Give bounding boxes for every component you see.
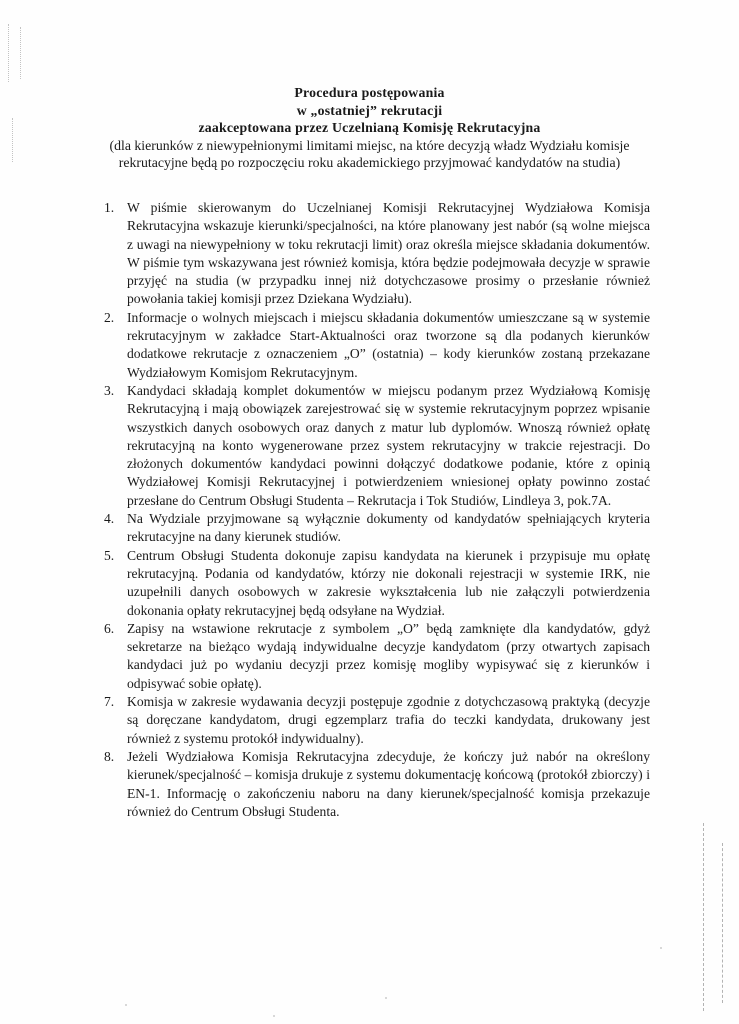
scan-speck	[273, 1015, 275, 1017]
scanned-document-page: Procedura postępowania w „ostatniej” rek…	[0, 0, 739, 1024]
item-number: 4.	[104, 510, 127, 528]
item-text: Centrum Obsługi Studenta dokonuje zapisu…	[127, 547, 650, 620]
scan-artifact	[12, 118, 13, 162]
list-item: 4. Na Wydziale przyjmowane są wyłącznie …	[104, 510, 650, 547]
list-item: 7. Komisja w zakresie wydawania decyzji …	[104, 693, 650, 748]
document-subtitle-line-2: rekrutacyjne będą po rozpoczęciu roku ak…	[50, 154, 689, 172]
item-number: 6.	[104, 620, 127, 638]
item-text: Na Wydziale przyjmowane są wyłącznie dok…	[127, 510, 650, 547]
list-item: 5. Centrum Obsługi Studenta dokonuje zap…	[104, 547, 650, 620]
scan-artifact	[703, 823, 704, 1011]
document-header: Procedura postępowania w „ostatniej” rek…	[50, 84, 689, 172]
item-number: 5.	[104, 547, 127, 565]
item-text: Zapisy na wstawione rekrutacje z symbole…	[127, 620, 650, 693]
scan-artifact	[8, 24, 9, 82]
item-text: Informacje o wolnych miejscach i miejscu…	[127, 309, 650, 382]
document-title-line-2: w „ostatniej” rekrutacji	[50, 102, 689, 120]
scan-speck	[660, 947, 662, 949]
scan-speck	[385, 997, 387, 999]
item-number: 3.	[104, 382, 127, 400]
document-subtitle-line-1: (dla kierunków z niewypełnionymi limitam…	[50, 137, 689, 155]
item-text: Komisja w zakresie wydawania decyzji pos…	[127, 693, 650, 748]
list-item: 2. Informacje o wolnych miejscach i miej…	[104, 309, 650, 382]
scan-artifact	[722, 843, 723, 1003]
document-content: Procedura postępowania w „ostatniej” rek…	[0, 0, 739, 1024]
list-item: 1. W piśmie skierowanym do Uczelnianej K…	[104, 199, 650, 309]
item-text: Jeżeli Wydziałowa Komisja Rekrutacyjna z…	[127, 748, 650, 821]
document-title-line-1: Procedura postępowania	[50, 84, 689, 102]
scan-speck	[125, 1004, 127, 1006]
item-text: Kandydaci składają komplet dokumentów w …	[127, 382, 650, 510]
item-number: 8.	[104, 748, 127, 766]
item-text: W piśmie skierowanym do Uczelnianej Komi…	[127, 199, 650, 309]
list-item: 6. Zapisy na wstawione rekrutacje z symb…	[104, 620, 650, 693]
item-number: 7.	[104, 693, 127, 711]
numbered-paragraph-list: 1. W piśmie skierowanym do Uczelnianej K…	[104, 199, 650, 821]
item-number: 1.	[104, 199, 127, 217]
scan-artifact	[20, 27, 21, 79]
document-title-line-3: zaakceptowana przez Uczelnianą Komisję R…	[50, 119, 689, 137]
list-item: 8. Jeżeli Wydziałowa Komisja Rekrutacyjn…	[104, 748, 650, 821]
item-number: 2.	[104, 309, 127, 327]
list-item: 3. Kandydaci składają komplet dokumentów…	[104, 382, 650, 510]
